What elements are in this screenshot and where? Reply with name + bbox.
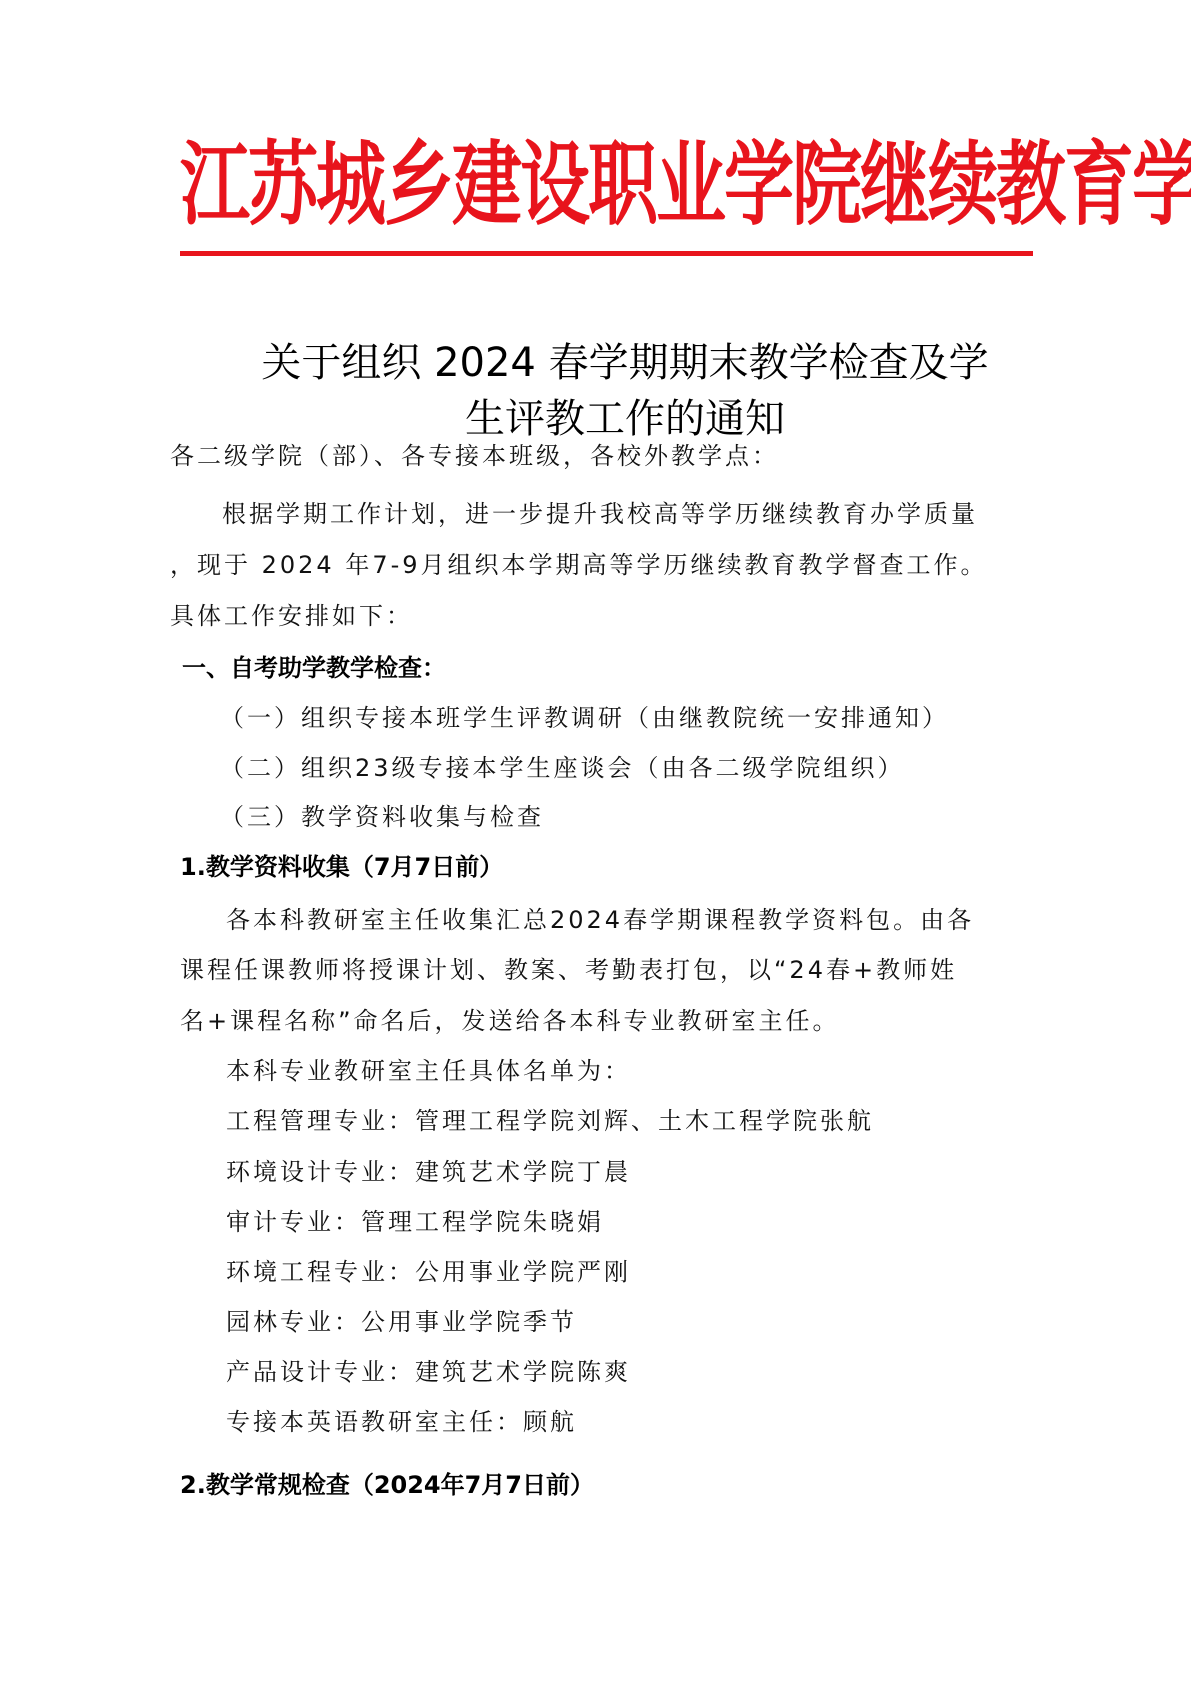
- masthead-divider: [180, 251, 1033, 256]
- intro-line-3: 具体工作安排如下：: [170, 596, 413, 631]
- document-title: 关于组织 2024 春学期期末教学检查及学 生评教工作的通知: [180, 335, 1030, 447]
- director-item: 环境设计专业：建筑艺术学院丁晨: [226, 1152, 631, 1187]
- document-page: 江苏城乡建设职业学院继续教育学院 关于组织 2024 春学期期末教学检查及学 生…: [0, 0, 1191, 1684]
- section-1-item-2: （二）组织23级专接本学生座谈会（由各二级学院组织）: [220, 748, 905, 783]
- director-item: 审计专业：管理工程学院朱晓娟: [226, 1202, 604, 1237]
- section-1-item-1: （一）组织专接本班学生评教调研（由继教院统一安排通知）: [220, 698, 949, 733]
- director-item: 环境工程专业：公用事业学院严刚: [226, 1252, 631, 1287]
- director-item: 产品设计专业：建筑艺术学院陈爽: [226, 1352, 631, 1387]
- intro-line-1: 根据学期工作计划，进一步提升我校高等学历继续教育办学质量: [222, 494, 978, 529]
- subsection-1-paragraph-line-1: 各本科教研室主任收集汇总2024春学期课程教学资料包。由各: [226, 900, 974, 935]
- salutation: 各二级学院（部）、各专接本班级，各校外教学点：: [170, 436, 779, 471]
- subsection-2-heading: 2.教学常规检查（2024年7月7日前）: [180, 1465, 594, 1500]
- director-item: 园林专业：公用事业学院季节: [226, 1302, 577, 1337]
- intro-line-2: ，现于 2024 年7-9月组织本学期高等学历继续教育教学督查工作。: [170, 545, 988, 580]
- subsection-1-paragraph-line-3: 名+课程名称”命名后，发送给各本科专业教研室主任。: [180, 1001, 840, 1036]
- section-1-item-3: （三）教学资料收集与检查: [220, 797, 544, 832]
- section-1-heading: 一、自考助学教学检查：: [182, 648, 446, 683]
- document-title-line-1: 关于组织 2024 春学期期末教学检查及学: [180, 335, 1030, 391]
- director-item: 工程管理专业：管理工程学院刘辉、土木工程学院张航: [226, 1101, 874, 1136]
- subsection-1-paragraph-line-2: 课程任课教师将授课计划、教案、考勤表打包，以“24春+教师姓: [180, 950, 957, 985]
- subsection-1-heading: 1.教学资料收集（7月7日前）: [180, 847, 503, 882]
- directors-list-intro: 本科专业教研室主任具体名单为：: [226, 1051, 631, 1086]
- masthead-title: 江苏城乡建设职业学院继续教育学院: [180, 101, 1030, 270]
- director-item: 专接本英语教研室主任：顾航: [226, 1402, 577, 1437]
